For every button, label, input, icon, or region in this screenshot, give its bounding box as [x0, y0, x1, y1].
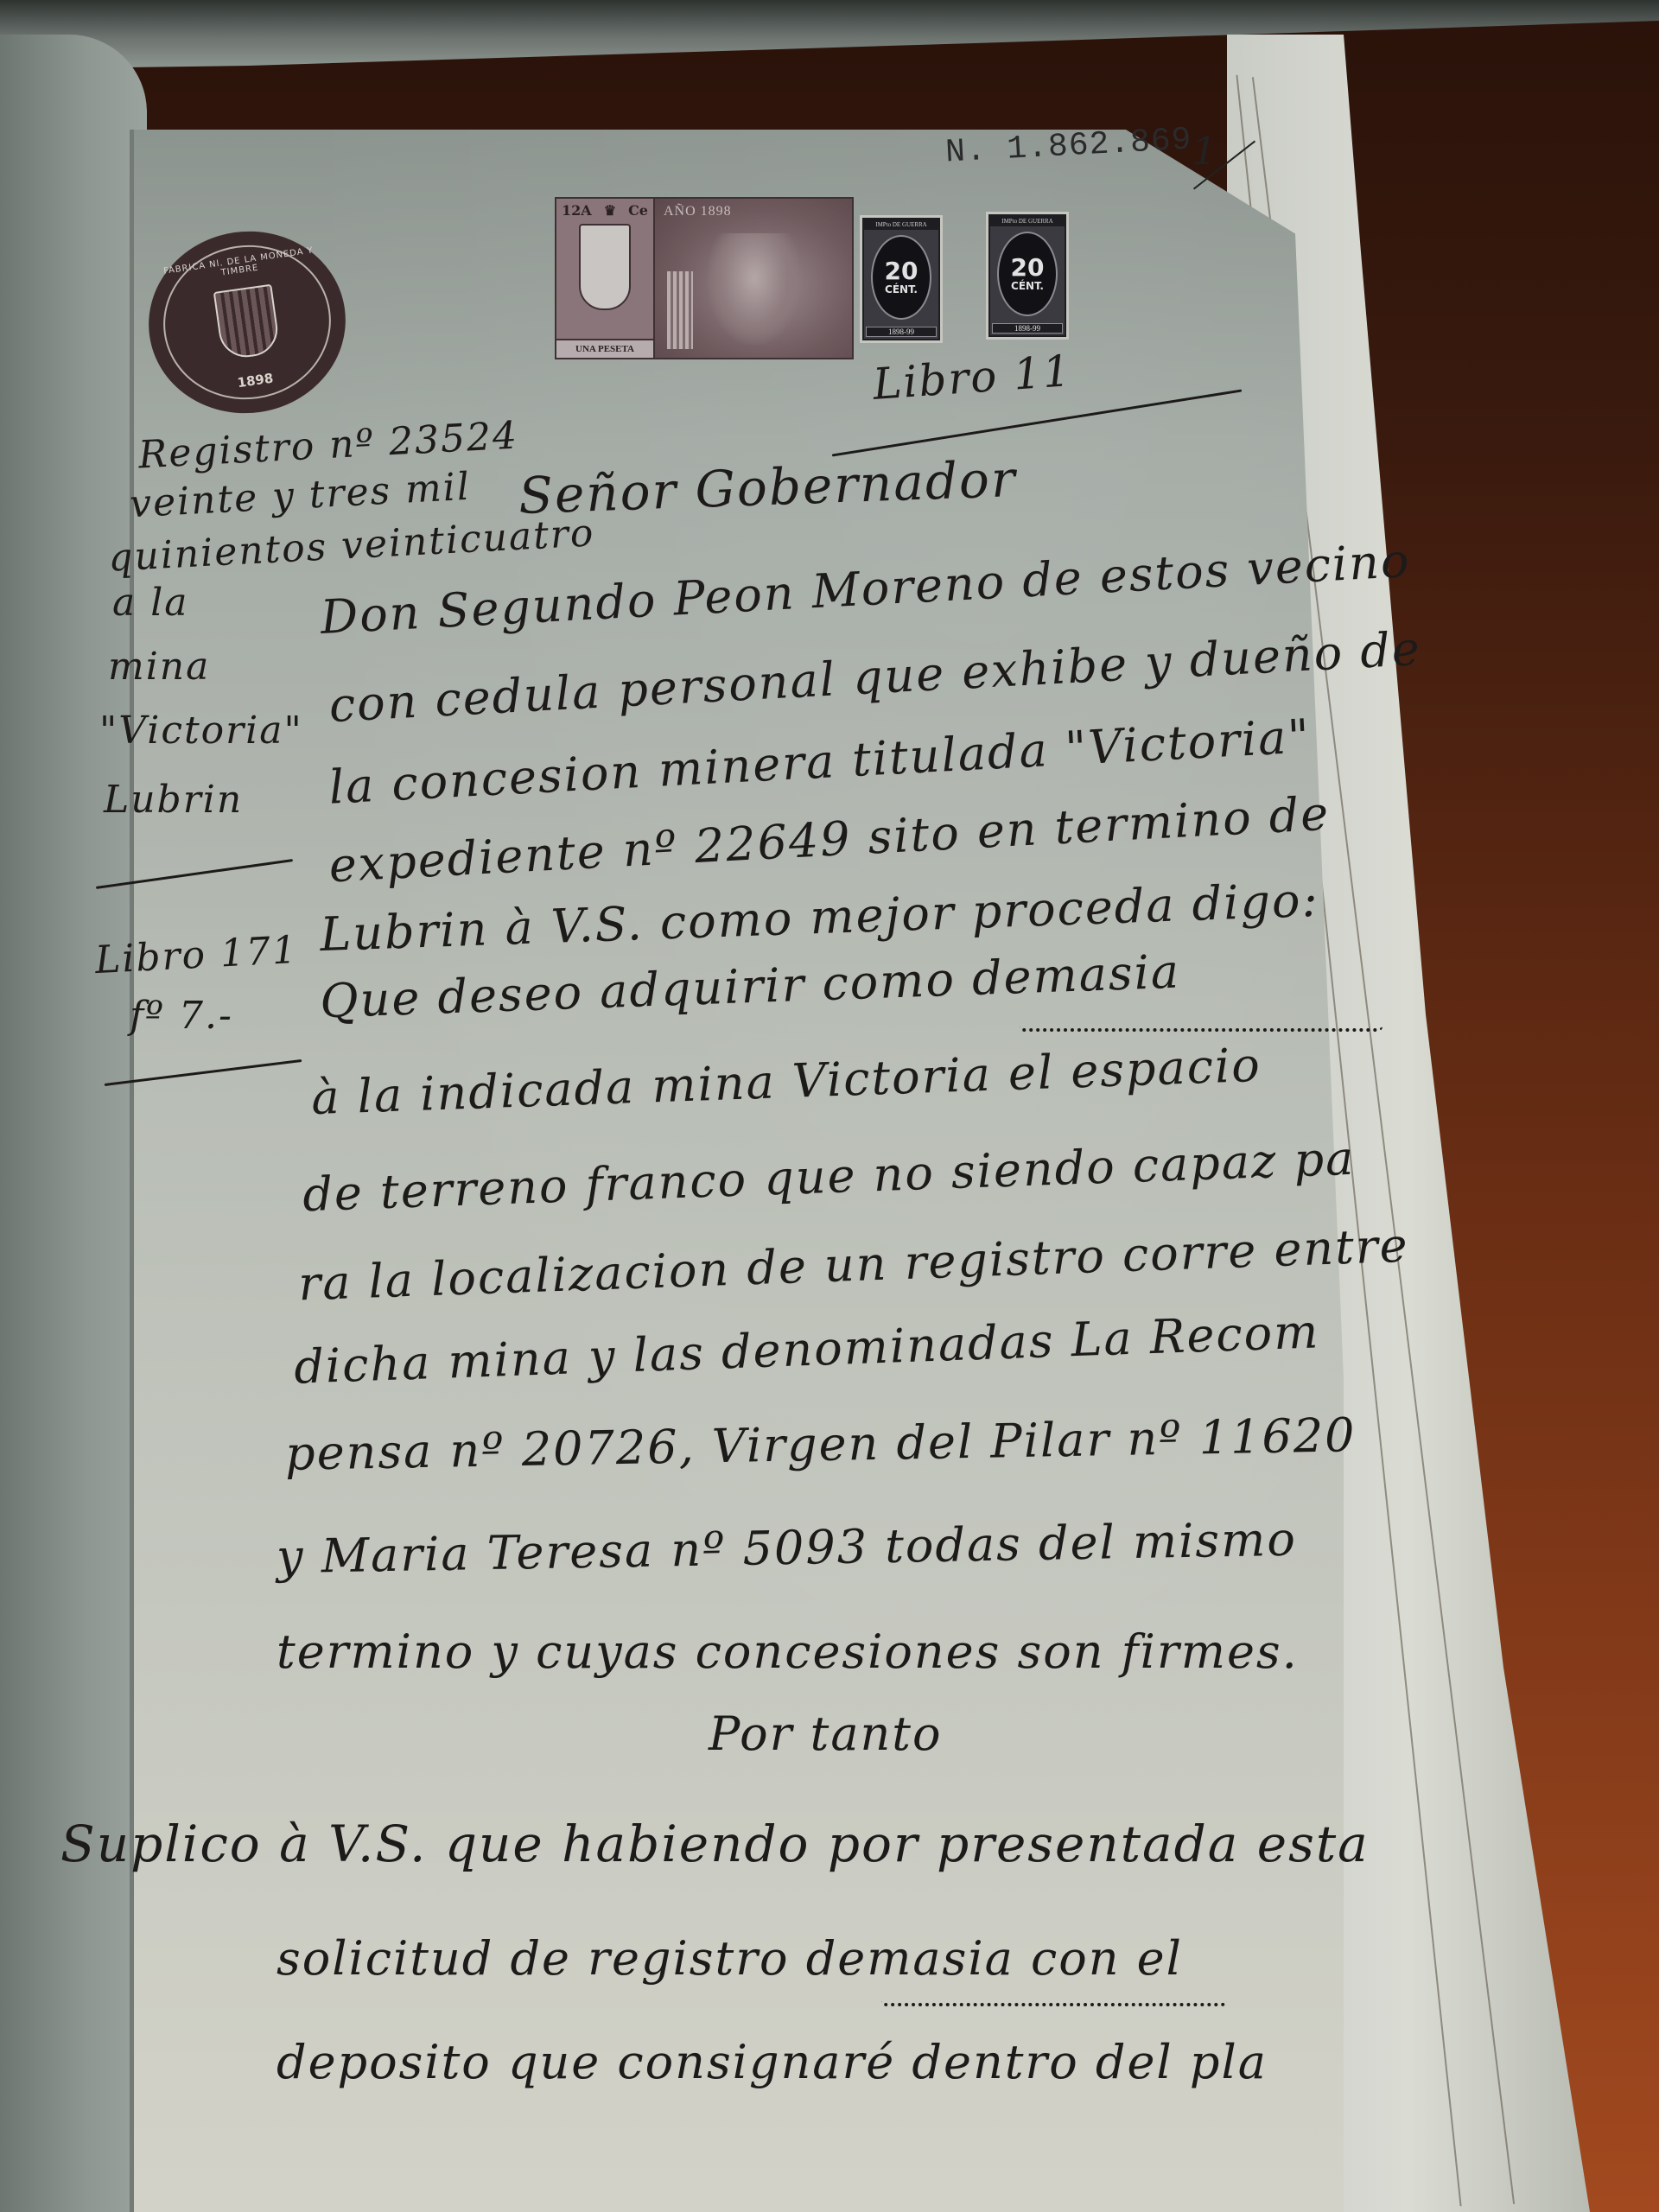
- stamp-shield-panel: 12A ♛ Ce UNA PESETA: [556, 199, 655, 358]
- margin-note: Lubrin: [104, 778, 243, 822]
- crown-icon: ♛: [604, 202, 616, 219]
- stamp-years: 1898-99: [992, 323, 1062, 334]
- war-tax-stamp: IMPto DE GUERRA 20 CÉNT. 1898-99: [988, 214, 1066, 337]
- stamp-header: IMPto DE GUERRA: [864, 219, 938, 230]
- margin-note: a la: [112, 581, 189, 625]
- war-tax-stamp: IMPto DE GUERRA 20 CÉNT. 1898-99: [862, 218, 940, 340]
- background-sheet: [0, 0, 1659, 69]
- margin-note: mina: [108, 645, 210, 689]
- closing-line: deposito que consignaré dentro del pla: [276, 2035, 1268, 2089]
- closing-line: Suplico à V.S. que habiendo por presenta…: [60, 1815, 1370, 1873]
- facing-page-left: [0, 35, 147, 2212]
- seal-ring: FABRICA Nl. DE LA MONEDA Y TIMBRE 1898: [154, 234, 341, 410]
- margin-note: fº 7.-: [130, 994, 233, 1038]
- stamp-header: IMPto DE GUERRA: [990, 216, 1065, 226]
- body-line: termino y cuyas concesiones son firmes.: [276, 1624, 1299, 1679]
- stamp-years: 1898-99: [866, 327, 936, 337]
- closing-heading: Por tanto: [709, 1707, 943, 1761]
- wavy-underline: [1020, 1020, 1382, 1032]
- stamp-unit: CÉNT.: [1011, 280, 1044, 292]
- stamp-year: AÑO 1898: [664, 204, 847, 219]
- stamp-unit: CÉNT.: [885, 283, 918, 296]
- stamp-value: 20: [1011, 256, 1045, 280]
- stamp-class-suffix: Ce: [628, 202, 648, 219]
- wavy-underline: [881, 1994, 1227, 2006]
- folio-number: 1: [1192, 130, 1217, 174]
- coat-of-arms-icon: [213, 284, 281, 361]
- closing-line: solicitud de registro demasia con el: [276, 1931, 1183, 1986]
- revenue-stamp-peseta: 12A ♛ Ce UNA PESETA AÑO 1898: [555, 197, 854, 359]
- column-icon: [667, 271, 693, 349]
- margin-note: "Victoria": [99, 709, 303, 753]
- shield-icon: [579, 224, 631, 310]
- stamp-value: UNA PESETA: [556, 339, 653, 358]
- stamp-oval: 20 CÉNT.: [997, 232, 1058, 316]
- stamp-class: 12A: [562, 202, 592, 219]
- stamp-oval: 20 CÉNT.: [871, 235, 931, 320]
- stamp-allegory-panel: AÑO 1898: [655, 199, 852, 358]
- stamp-value: 20: [885, 259, 918, 283]
- seated-figure-icon: [707, 233, 802, 346]
